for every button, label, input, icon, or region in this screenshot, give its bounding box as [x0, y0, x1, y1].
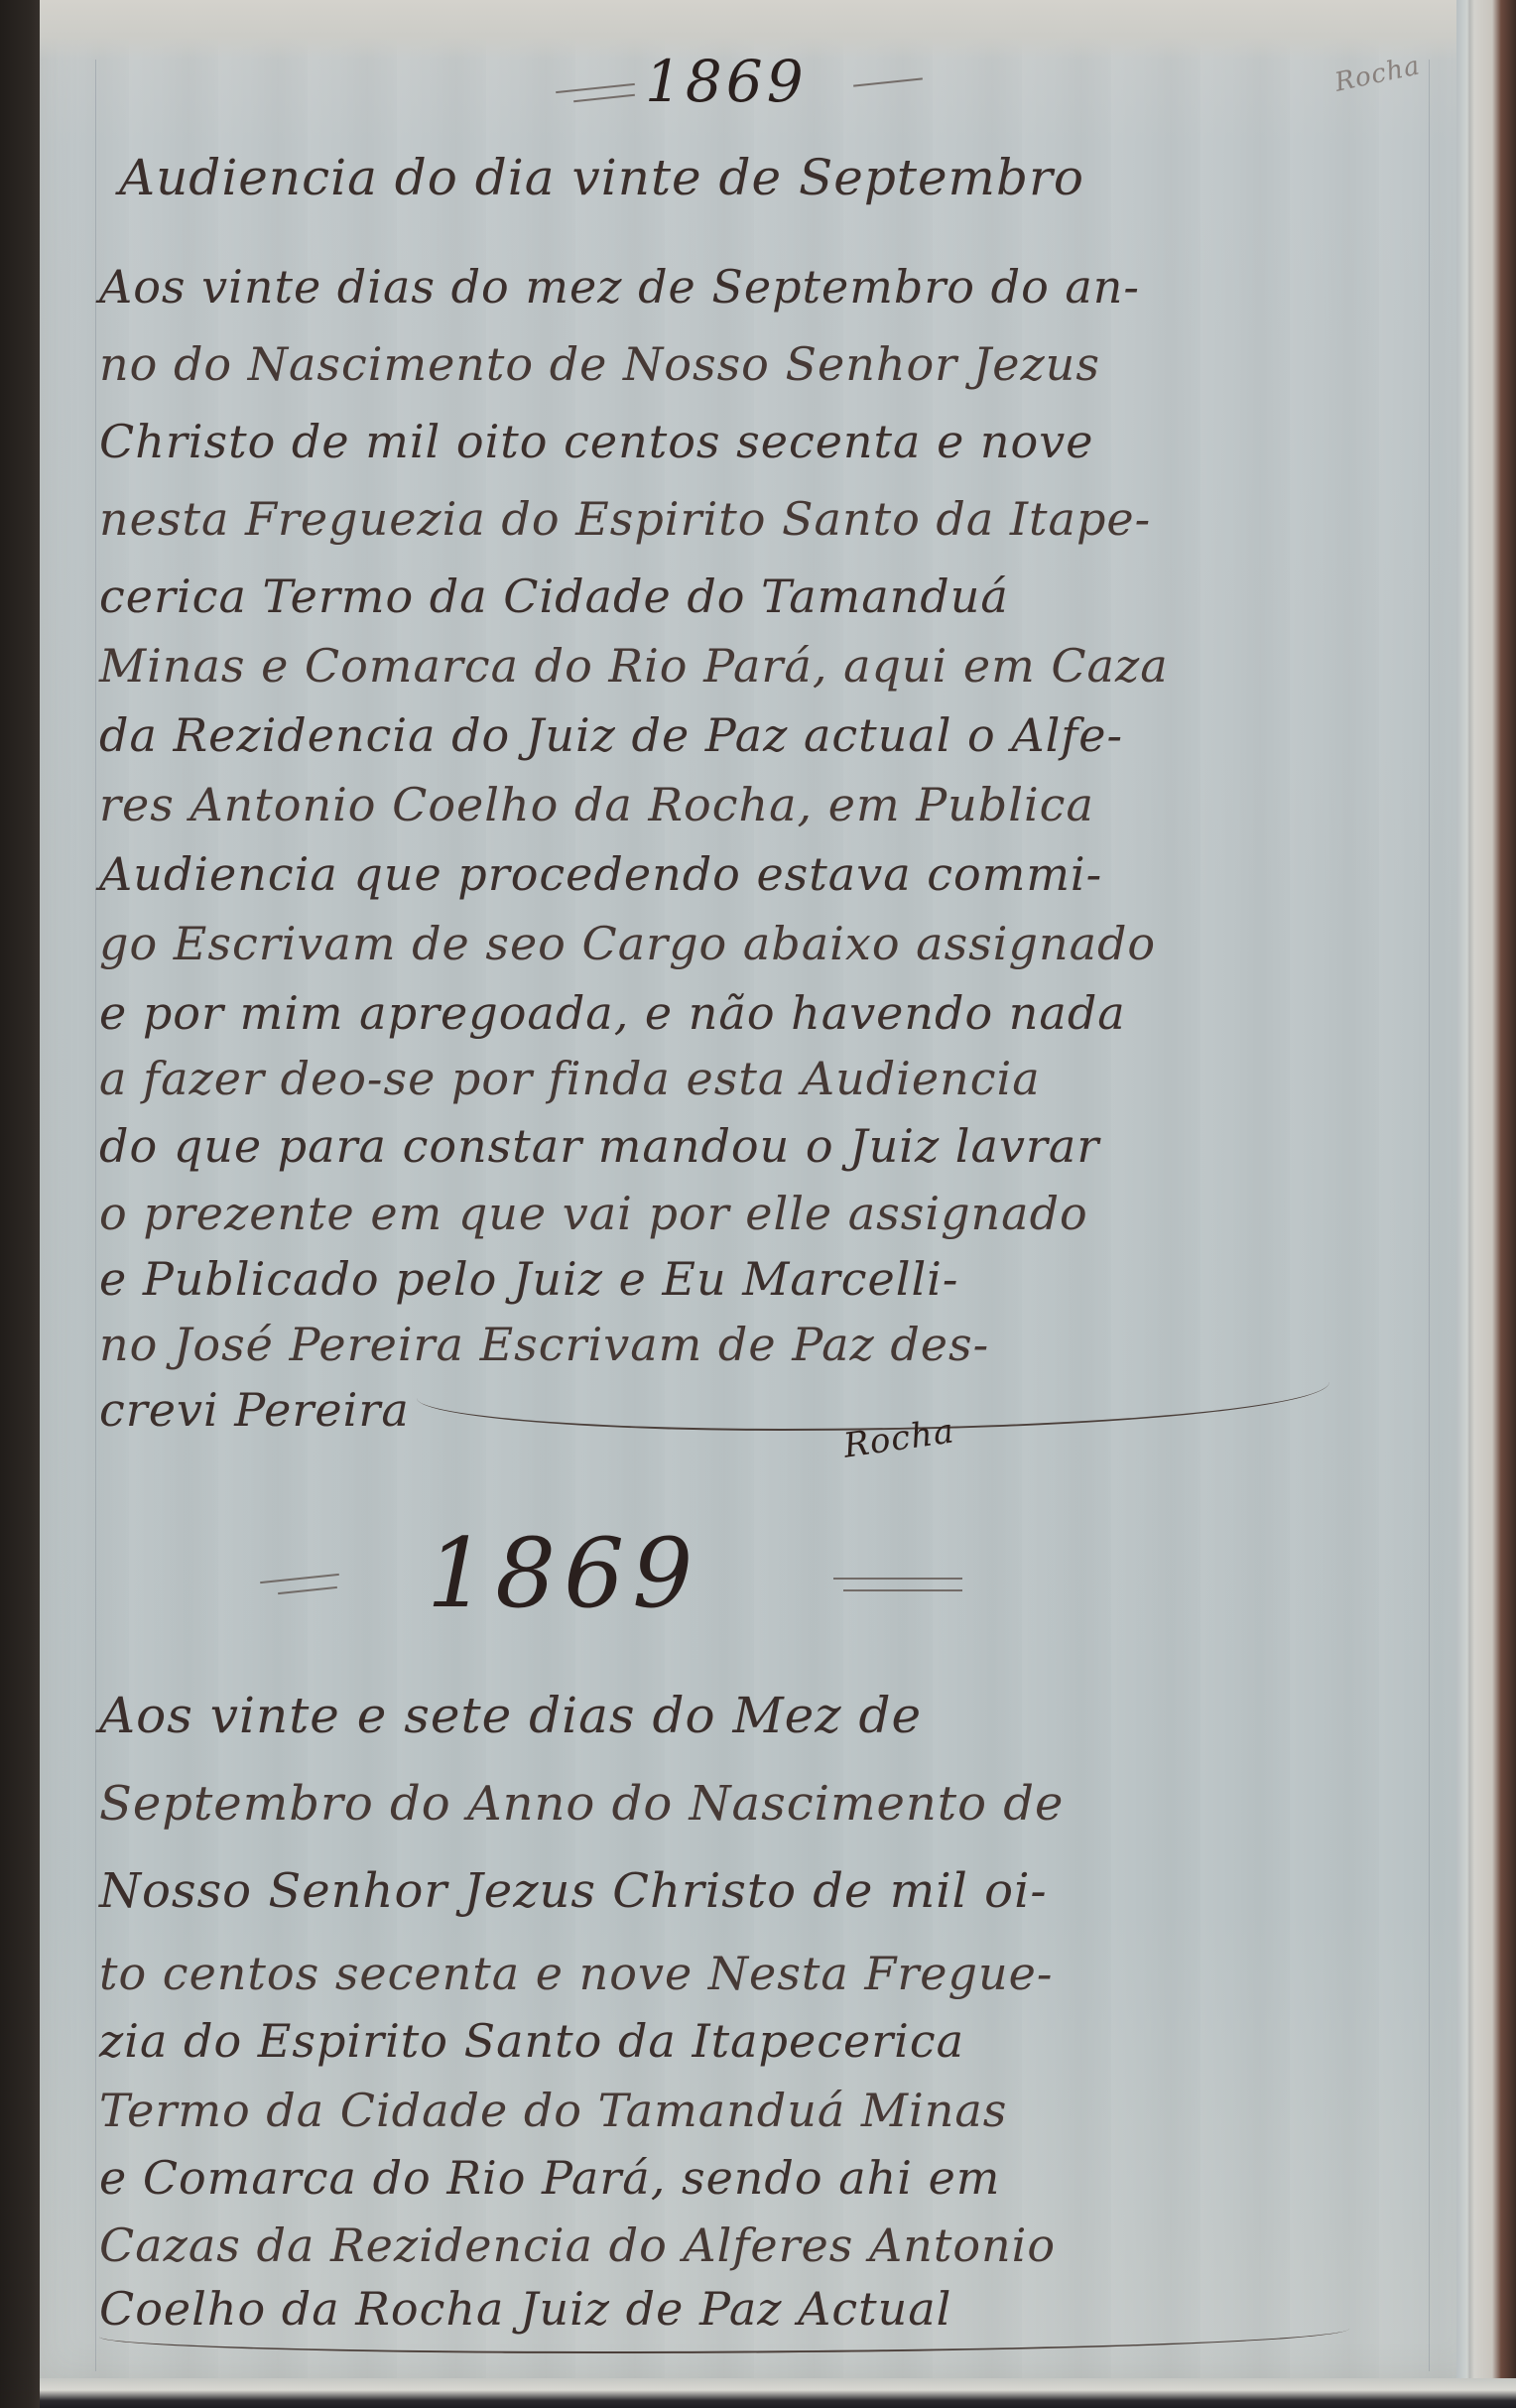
- entry-2-line-7: e Comarca do Rio Pará, sendo ahi em: [99, 2151, 1000, 2205]
- left-margin-rule: [95, 60, 96, 2371]
- entry-2-line-6: Termo da Cidade do Tamanduá Minas: [99, 2084, 1007, 2137]
- entry-2-line-1: Aos vinte e sete dias do Mez de: [99, 1687, 922, 1744]
- entry-1-line-17: crevi Pereira: [99, 1383, 410, 1437]
- entry-2-line-4: to centos secenta e nove Nesta Fregue-: [99, 1947, 1053, 2000]
- year-dash-right-2: [843, 1589, 962, 1591]
- entry-1-line-4: nesta Freguezia do Espirito Santo da Ita…: [99, 492, 1151, 546]
- entry-1-line-8: res Antonio Coelho da Rocha, em Publica: [99, 778, 1094, 831]
- right-margin-rule: [1429, 60, 1430, 2371]
- entry-2-line-3: Nosso Senhor Jezus Christo de mil oi-: [99, 1863, 1048, 1919]
- entry-1-line-10: go Escrivam de seo Cargo abaixo assignad…: [99, 917, 1156, 970]
- entry-1-heading: Audiencia do dia vinte de Septembro: [119, 149, 1084, 206]
- entry-1-line-2: no do Nascimento de Nosso Senhor Jezus: [99, 337, 1100, 391]
- entry-1-year: 1869: [645, 48, 808, 115]
- book-spine-shadow: [0, 0, 44, 2408]
- page-bottom-edge: [40, 2378, 1516, 2408]
- entry-2-year: 1869: [427, 1518, 700, 1629]
- entry-1-line-3: Christo de mil oito centos secenta e nov…: [99, 415, 1093, 468]
- entry-1-line-1: Aos vinte dias do mez de Septembro do an…: [99, 260, 1140, 314]
- entry-1-line-12: a fazer deo-se por finda esta Audiencia: [99, 1052, 1041, 1105]
- entry-2-line-2: Septembro do Anno do Nascimento de: [99, 1776, 1064, 1832]
- entry-1-line-9: Audiencia que procedendo estava commi-: [99, 847, 1102, 901]
- entry-2-line-5: zia do Espirito Santo da Itapecerica: [99, 2014, 964, 2068]
- entry-1-line-14: o prezente em que vai por elle assignado: [99, 1187, 1088, 1240]
- entry-1-line-13: do que para constar mandou o Juiz lavrar: [99, 1119, 1099, 1173]
- entry-2-line-8: Cazas da Rezidencia do Alferes Antonio: [99, 2218, 1056, 2272]
- entry-1-line-7: da Rezidencia do Juiz de Paz actual o Al…: [99, 708, 1123, 762]
- entry-1-line-11: e por mim apregoada, e não havendo nada: [99, 986, 1126, 1040]
- entry-1-line-15: e Publicado pelo Juiz e Eu Marcelli-: [99, 1252, 958, 1306]
- page-stack-edges: [1456, 0, 1516, 2408]
- entry-1-line-6: Minas e Comarca do Rio Pará, aqui em Caz…: [99, 639, 1169, 693]
- year-dash-right: [833, 1578, 962, 1580]
- entry-1-line-5: cerica Termo da Cidade do Tamanduá: [99, 570, 1009, 623]
